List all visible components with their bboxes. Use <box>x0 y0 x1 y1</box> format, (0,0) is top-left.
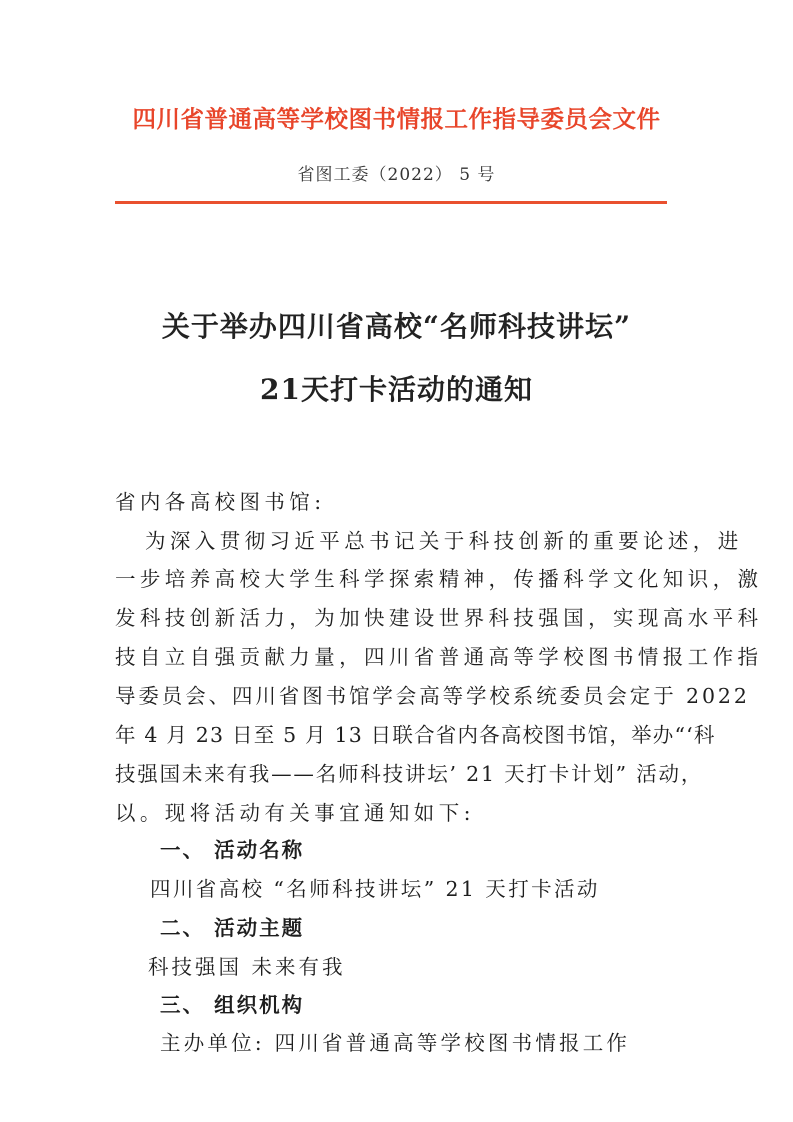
paragraph-line: 年 4 月 23 日至 5 月 13 日联合省内各高校图书馆，举办“‘科 <box>115 718 716 748</box>
paragraph-line: 技强国未来有我——名师科技讲坛’ 21 天打卡计划” 活动， <box>115 757 703 787</box>
salutation: 省内各高校图书馆: <box>115 485 326 515</box>
page-title-line-1: 关于举办四川省高校“名师科技讲坛” <box>0 305 793 345</box>
section-content-organization: 主办单位: 四川省普通高等学校图书情报工作 <box>160 1026 630 1056</box>
paragraph-line: 一步培养高校大学生科学探索精神，传播科学文化知识，激 <box>115 562 762 592</box>
paragraph-line: 为深入贯彻习近平总书记关于科技创新的重要论述，进 <box>145 524 743 554</box>
section-heading-organization: 三、 组织机构 <box>160 988 304 1018</box>
paragraph-line: 技自立自强贡献力量，四川省普通高等学校图书情报工作指 <box>115 640 762 670</box>
issuer-header: 四川省普通高等学校图书情报工作指导委员会文件 <box>0 100 793 134</box>
paragraph-line: 发科技创新活力，为加快建设世界科技强国，实现高水平科 <box>115 601 762 631</box>
section-content-theme: 科技强国 未来有我 <box>148 950 346 980</box>
red-divider-line <box>115 201 667 204</box>
section-heading-activity-name: 一、 活动名称 <box>160 833 304 863</box>
paragraph-line: 导委员会、四川省图书馆学会高等学校系统委员会定于 2022 <box>115 679 750 709</box>
page-title-line-2: 21天打卡活动的通知 <box>0 368 793 408</box>
section-content-activity-name: 四川省高校 “名师科技讲坛” 21 天打卡活动 <box>150 872 600 902</box>
paragraph-line: 以。现将活动有关事宜通知如下: <box>115 796 475 826</box>
document-number: 省图工委（2022） 5 号 <box>0 160 793 185</box>
section-heading-theme: 二、 活动主题 <box>160 911 304 941</box>
